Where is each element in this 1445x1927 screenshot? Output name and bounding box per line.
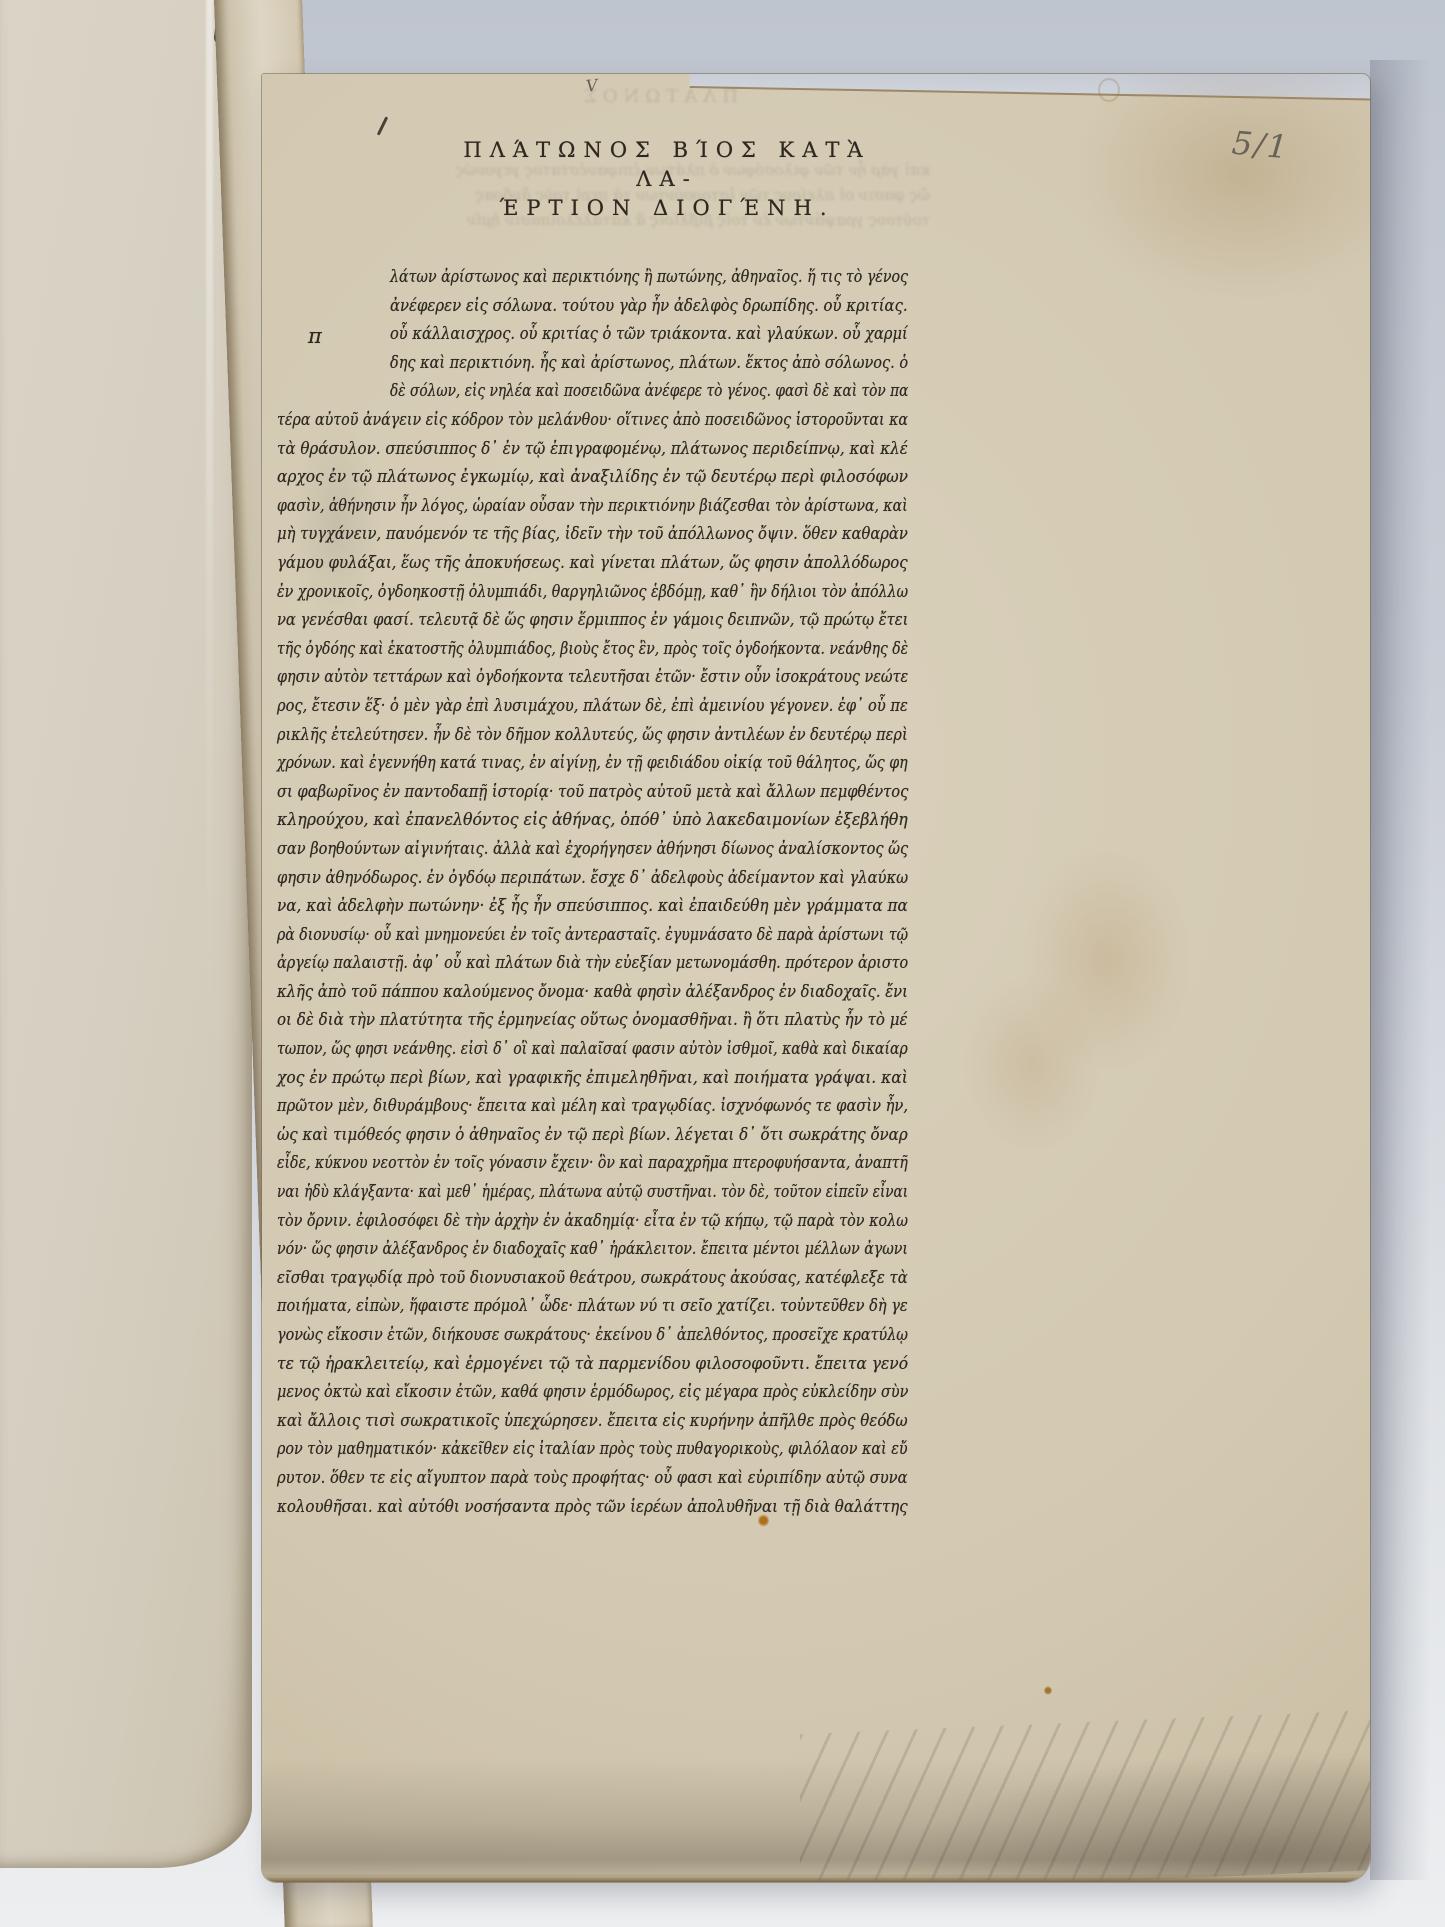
text-line: ἐν χρονικοῖς, ὀγδοηκοστῇ ὀλυμπιάδι, θαργ… [277, 582, 908, 611]
foxing-stain [962, 974, 1102, 1154]
printed-page: ΠΛΑΤΩΝΟΣ καὶ γὰρ ἦν τῶν φιλοσόφων ὁ πλάτ… [262, 74, 1370, 1882]
book-photo: ΠΛΑΤΩΝΟΣ καὶ γὰρ ἦν τῶν φιλοσόφων ὁ πλάτ… [0, 0, 1445, 1927]
text-line: κλῆς ἀπὸ τοῦ πάππου καλούμενος ὄνομα· κα… [277, 982, 908, 1011]
text-line: να, καὶ ἀδελφὴν πωτώνην· ἐξ ἧς ἦν σπεύσι… [277, 896, 908, 925]
text-line: νόν· ὥς φησιν ἀλέξανδρος ἐν διαδοχαῖς κα… [277, 1239, 908, 1268]
pencil-annotation: 5/1 [1230, 124, 1291, 167]
text-line: σι φαβωρῖνος ἐν παντοδαπῇ ἱστορίᾳ· τοῦ π… [277, 782, 908, 811]
text-line: πρῶτον μὲν, διθυράμβους· ἔπειτα καὶ μέλη… [277, 1096, 908, 1125]
text-line: τῆς ὀγδόης καὶ ἑκατοστῆς ὀλυμπιάδος, βιο… [277, 639, 908, 668]
text-line: ποιήματα, εἰπὼν, ἥφαιστε πρόμολ᾽ ὧδε· πλ… [277, 1296, 908, 1325]
tanned-corner-stain [1070, 74, 1370, 304]
text-line: εῖσθαι τραγῳδίᾳ πρὸ τοῦ διονυσιακοῦ θεάτ… [277, 1268, 908, 1297]
body-text: τέρα αὐτοῦ ἀνάγειν εἰς κόδρον τὸν μελάνθ… [277, 410, 908, 1525]
initial-guide-letter: π [308, 324, 338, 348]
text-line: δης καὶ περικτιόνη. ἧς καὶ ἀρίστωνος, πλ… [390, 353, 908, 382]
quire-mark: V [585, 75, 598, 95]
page-crease [206, 0, 213, 1076]
opening-paragraph: λάτων ἀρίστωνος καὶ περικτιόνης ἢ πωτώνη… [390, 267, 908, 410]
text-line: ὡς καὶ τιμόθεός φησιν ὁ ἀθηναῖος ἐν τῷ π… [277, 1125, 908, 1154]
text-line: δὲ σόλων, εἰς νηλέα καὶ ποσειδῶνα ἀνέφερ… [390, 381, 908, 410]
text-line: ἀργείῳ παλαιστῇ. ἀφ᾽ οὗ καὶ πλάτων διὰ τ… [277, 953, 908, 982]
text-line: τὰ θράσυλον. σπεύσιππος δ᾽ ἐν τῷ ἐπιγραφ… [277, 439, 908, 468]
text-line: τωπον, ὥς φησι νεάνθης. εἰσὶ δ᾽ οἳ καὶ π… [277, 1039, 908, 1068]
text-line: ναι ἡδὺ κλάγξαντα· καὶ μεθ᾽ ἡμέρας, πλάτ… [277, 1182, 908, 1211]
text-line: χος ἐν πρώτῳ περὶ βίων, καὶ γραφικῆς ἐπι… [277, 1068, 908, 1097]
page-bottom-edge [262, 1874, 1370, 1882]
text-line: ἀνέφερεν εἰς σόλωνα. τούτου γὰρ ἦν ἀδελφ… [390, 296, 908, 325]
text-line: μενος ὀκτὼ καὶ εἴκοσιν ἐτῶν, καθά φησιν … [277, 1382, 908, 1411]
showthrough-header: ΠΛΑΤΩΝΟΣ [558, 86, 738, 107]
text-line: σαν βοηθούντων αἰγινήταις. ἀλλὰ καὶ ἐχορ… [277, 839, 908, 868]
text-line: λάτων ἀρίστωνος καὶ περικτιόνης ἢ πωτώνη… [390, 267, 908, 296]
text-line: τέρα αὐτοῦ ἀνάγειν εἰς κόδρον τὸν μελάνθ… [277, 410, 908, 439]
page-edge-shadow [1370, 60, 1445, 1880]
text-line: καὶ ἄλλοις τισὶ σωκρατικοῖς ὑπεχώρησεν. … [277, 1411, 908, 1440]
text-line: φησιν ἀθηνόδωρος. ἐν ὀγδόῳ περιπάτων. ἔσ… [277, 868, 908, 897]
title-line-2: ΈΡΤΙΟΝ ΔΙΟΓΈΝΗ. [432, 194, 902, 223]
text-line: ρικλῆς ἐτελεύτησεν. ἦν δὲ τὸν δῆμον κολλ… [277, 725, 908, 754]
text-line: κληρούχου, καὶ ἐπανελθόντος εἰς ἀθήνας, … [277, 810, 908, 839]
corner-grime-stain [800, 1710, 1370, 1882]
text-line: κολουθῆσαι. καὶ αὐτόθι νοσήσαντα πρὸς τῶ… [277, 1497, 908, 1526]
text-line: γάμου φυλάξαι, ἕως τῆς ἀποκυήσεως. καὶ γ… [277, 553, 908, 582]
text-line: ρὰ διονυσίῳ· οὗ καὶ μνημονεύει ἐν τοῖς ἀ… [277, 925, 908, 954]
text-line: ρυτον. ὅθεν τε εἰς αἴγυπτον παρὰ τοὺς πρ… [277, 1468, 908, 1497]
text-line: φησιν αὐτὸν τεττάρων καὶ ὀγδοήκοντα τελε… [277, 667, 908, 696]
text-line: φασὶν, ἀθήνησιν ἦν λόγος, ὡραίαν οὖσαν τ… [277, 496, 908, 525]
text-line: εἶδε, κύκνου νεοττὸν ἐν τοῖς γόνασιν ἔχε… [277, 1153, 908, 1182]
text-line: γονὼς εἴκοσιν ἐτῶν, διήκουσε σωκράτους· … [277, 1325, 908, 1354]
text-line: τε τῷ ἡρακλειτείῳ, καὶ ἑρμογένει τῷ τὰ π… [277, 1354, 908, 1383]
text-line: να γενέσθαι φασί. τελευτᾷ δὲ ὥς φησιν ἕρ… [277, 610, 908, 639]
facing-blank-page [0, 0, 252, 1868]
page-title: ΠΛΆΤΩΝΟΣ ΒΊΟΣ ΚΑΤᾺ ΛΑ- ΈΡΤΙΟΝ ΔΙΟΓΈΝΗ. [432, 136, 902, 223]
faint-ring-mark [1098, 78, 1120, 102]
text-line: οὗ κάλλαισχρος. οὗ κριτίας ὁ τῶν τριάκον… [390, 324, 908, 353]
text-line: χρόνων. καὶ ἐγεννήθη κατά τινας, ἐν αἰγί… [277, 753, 908, 782]
text-line: ρον τὸν μαθηματικόν· κἀκεῖθεν εἰς ἰταλία… [277, 1439, 908, 1468]
ink-spot [1044, 1686, 1052, 1695]
text-line: τὸν ὄρνιν. ἐφιλοσόφει δὲ τὴν ἀρχὴν ἐν ἀκ… [277, 1211, 908, 1240]
text-line: ρος, ἔτεσιν ἕξ· ὁ μὲν γὰρ ἐπὶ λυσιμάχου,… [277, 696, 908, 725]
text-line: μὴ τυγχάνειν, παυόμενόν τε τῆς βίας, ἰδε… [277, 524, 908, 553]
title-line-1: ΠΛΆΤΩΝΟΣ ΒΊΟΣ ΚΑΤᾺ ΛΑ- [432, 136, 902, 194]
text-line: οι δὲ διὰ τὴν πλατύτητα τῆς ἑρμηνείας οὕ… [277, 1010, 908, 1039]
text-line: αρχος ἐν τῷ πλάτωνος ἐγκωμίῳ, καὶ ἀναξιλ… [277, 467, 908, 496]
ink-stroke-mark [377, 116, 388, 135]
